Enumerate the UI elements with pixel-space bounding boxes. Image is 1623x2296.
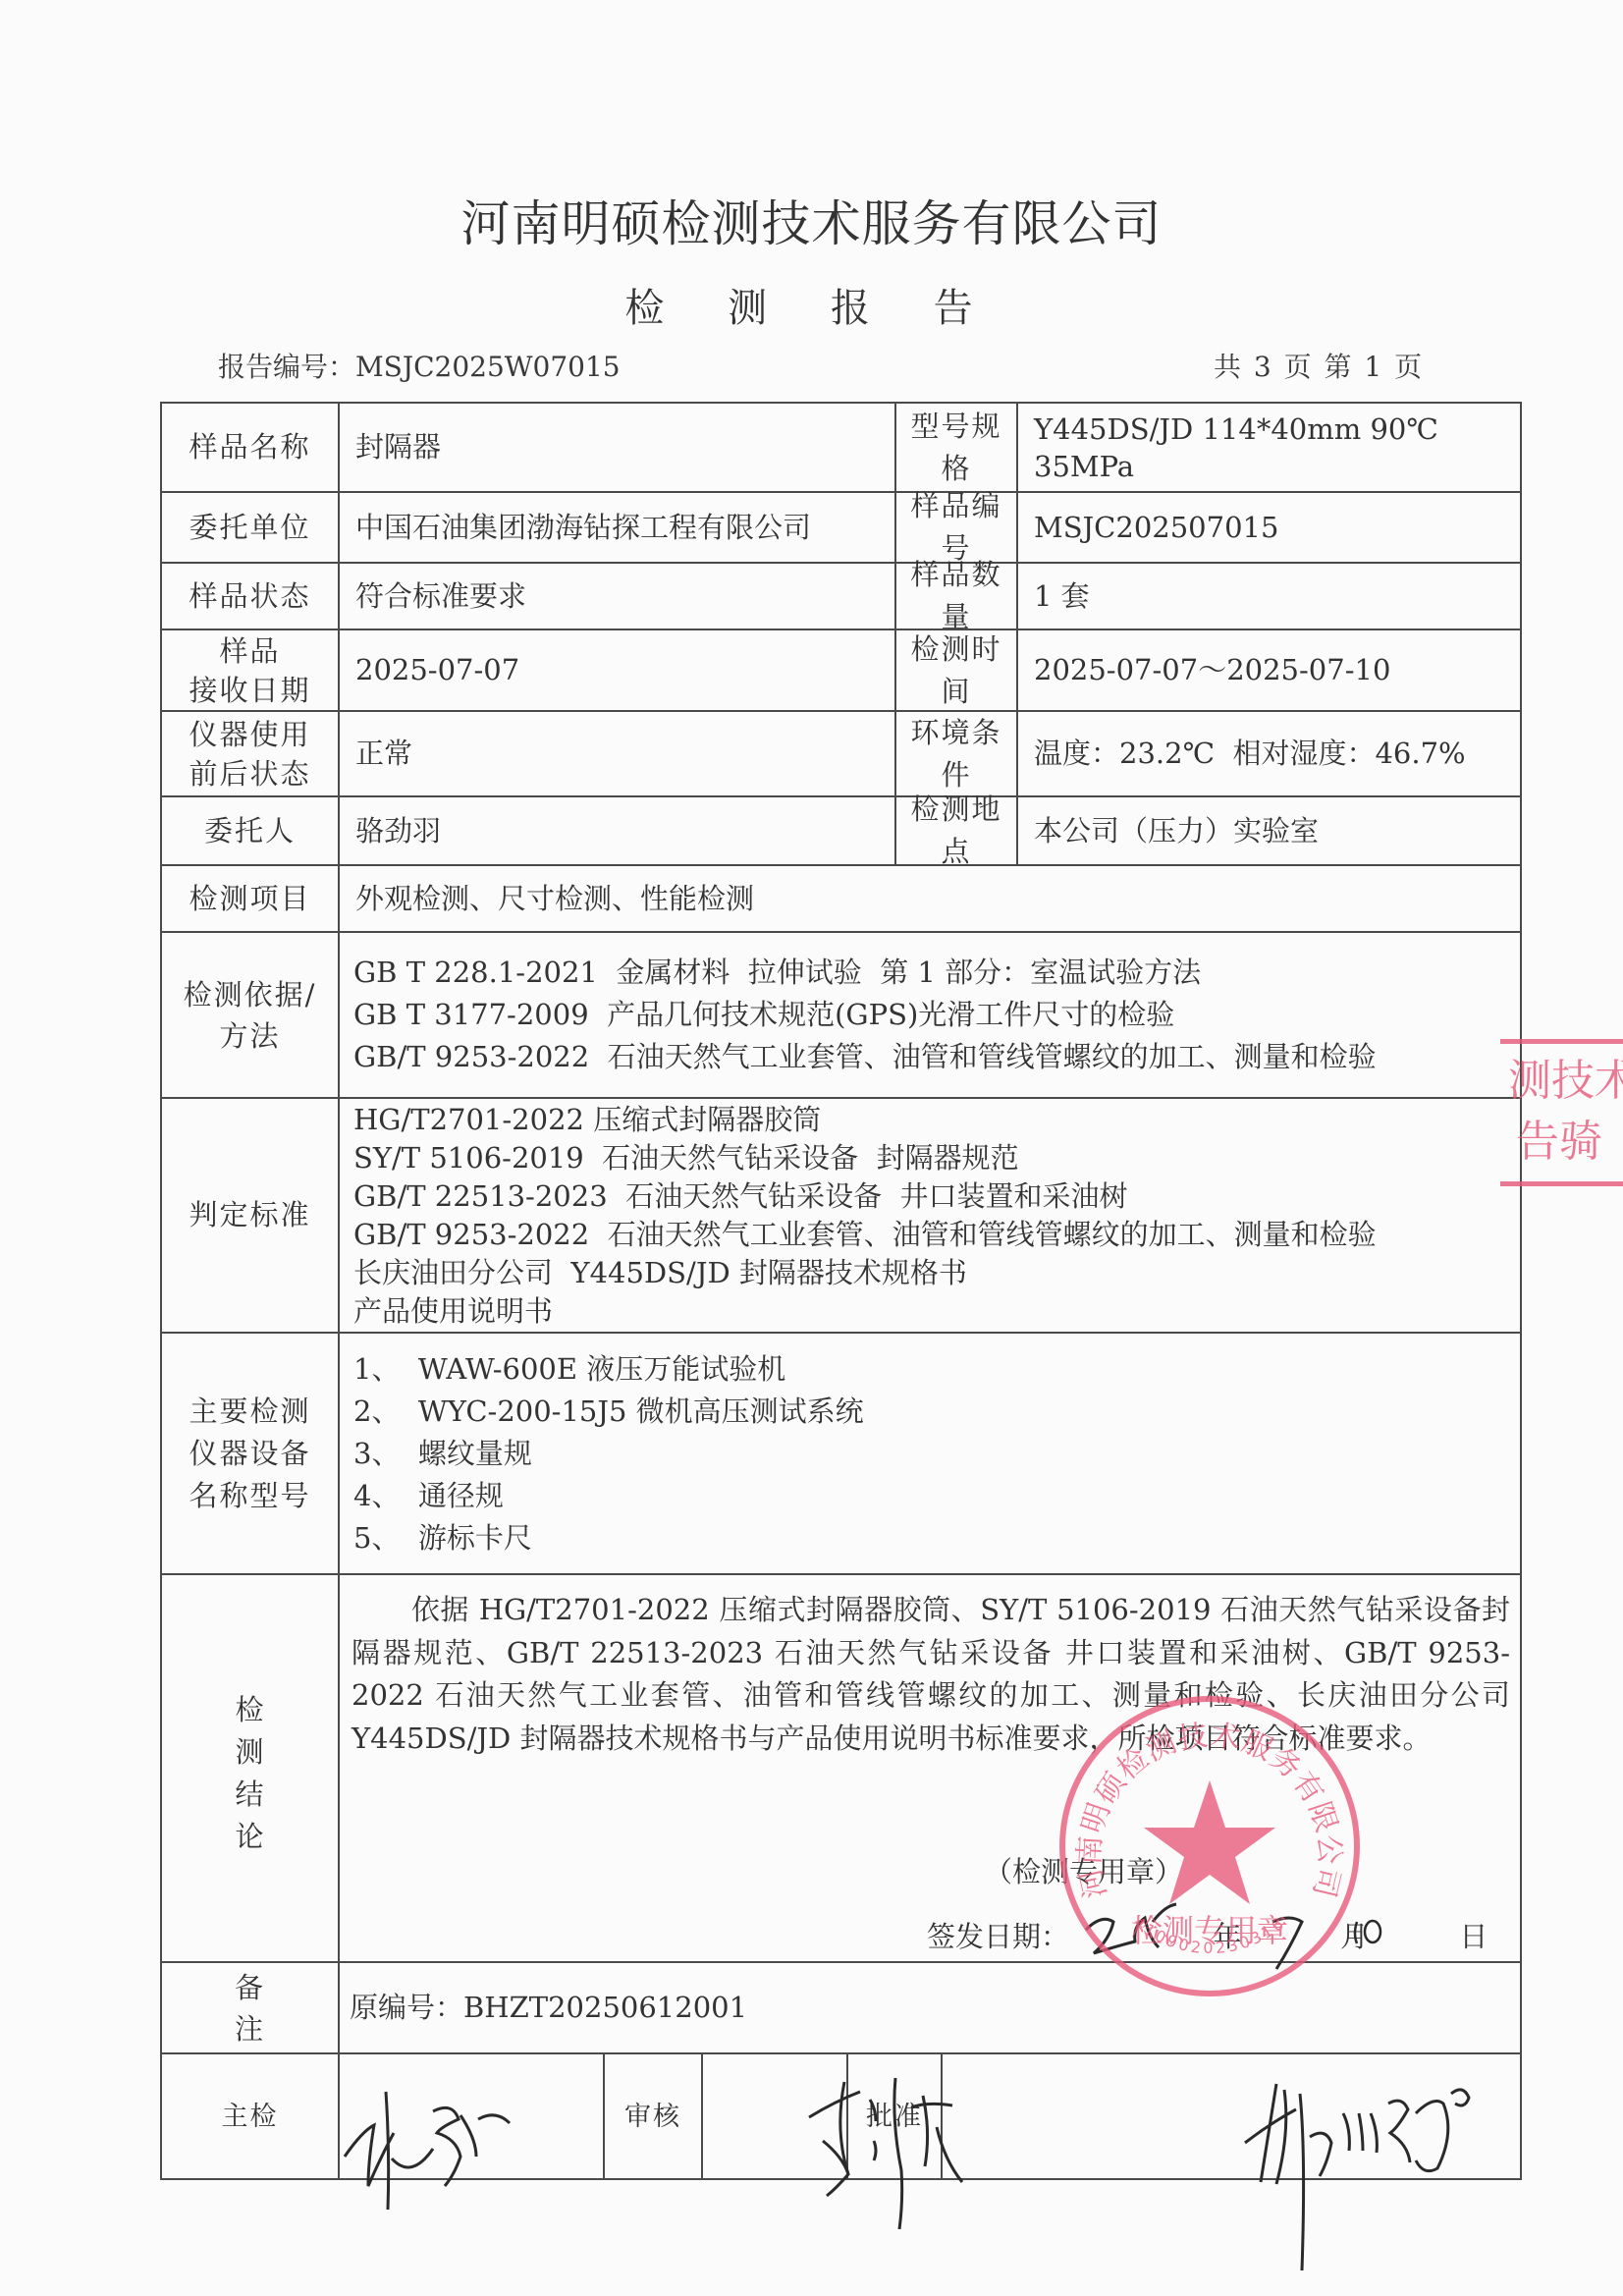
sample-number-label: 样品编号 xyxy=(896,493,1016,562)
sample-status-value: 符合标准要求 xyxy=(340,564,894,629)
remarks-value: 原编号：BHZT20250612001 xyxy=(340,1963,1520,2052)
test-basis-item: GB/T 9253-2022 石油天然气工业套管、油管和管线管螺纹的加工、测量和… xyxy=(353,1036,1377,1078)
test-location-value: 本公司（压力）实验室 xyxy=(1018,797,1520,864)
model-spec-line: Y445DS/JD 114*40mm 90℃ xyxy=(1034,410,1438,448)
sample-name-value: 封隔器 xyxy=(340,404,894,491)
table-border-right xyxy=(1520,402,1522,2180)
equipment-label-line: 仪器设备 xyxy=(189,1433,310,1475)
test-basis-item: GB T 3177-2009 产品几何技术规范(GPS)光滑工件尺寸的检验 xyxy=(353,994,1174,1036)
instrument-status-value: 正常 xyxy=(340,712,894,795)
issue-date-label: 签发日期： xyxy=(927,1920,1069,1953)
model-spec-label: 型号规格 xyxy=(896,404,1016,491)
report-number: 报告编号：MSJC2025W07015 xyxy=(218,346,621,385)
equipment-label-line: 主要检测 xyxy=(189,1391,310,1433)
issue-date: 签发日期： 年 月 日 xyxy=(927,1915,1488,1955)
sample-quantity-label: 样品数量 xyxy=(896,564,1016,629)
inspector-signature-cell xyxy=(340,2054,603,2178)
sample-name-label: 样品名称 xyxy=(162,404,338,491)
instrument-status-label-line: 仪器使用 xyxy=(189,715,310,754)
reviewer-signature-cell xyxy=(703,2054,846,2178)
seam-stamp-line: 告骑 xyxy=(1508,1112,1623,1173)
equipment-label: 主要检测 仪器设备 名称型号 xyxy=(162,1334,338,1573)
judgment-standards-label: 判定标准 xyxy=(162,1099,338,1332)
seal-label: （检测专用章） xyxy=(984,1850,1183,1890)
model-spec-line: 35MPa xyxy=(1034,448,1134,485)
client-unit-label: 委托单位 xyxy=(162,493,338,562)
test-items-value: 外观检测、尺寸检测、性能检测 xyxy=(340,866,1520,931)
client-unit-value: 中国石油集团渤海钻探工程有限公司 xyxy=(340,493,894,562)
conclusion-label-char: 结 xyxy=(226,1774,273,1816)
equipment-item: 5、 游标卡尺 xyxy=(353,1517,532,1559)
year-label: 年 xyxy=(1213,1920,1241,1953)
conclusion-text: 依据 HG/T2701-2022 压缩式封隔器胶筒、SY/T 5106-2019… xyxy=(352,1589,1510,1760)
document-title: 检 测 报 告 xyxy=(0,277,1623,333)
inspector-label: 主检 xyxy=(162,2054,338,2178)
client-person-value: 骆劲羽 xyxy=(340,797,894,864)
environment-label: 环境条件 xyxy=(896,712,1016,795)
equipment-item: 3、 螺纹量规 xyxy=(353,1433,532,1475)
judgment-standard-item: HG/T2701-2022 压缩式封隔器胶筒 xyxy=(353,1101,821,1139)
conclusion-label-char: 测 xyxy=(226,1731,273,1774)
test-period-value: 2025-07-07～2025-07-10 xyxy=(1018,630,1520,710)
sample-number-value: MSJC202507015 xyxy=(1018,493,1520,562)
test-basis-label: 检测依据/ 方法 xyxy=(162,933,338,1097)
judgment-standard-item: GB/T 9253-2022 石油天然气工业套管、油管和管线管螺纹的加工、测量和… xyxy=(353,1216,1377,1254)
conclusion-label-char: 论 xyxy=(226,1816,273,1858)
test-basis-list: GB T 228.1-2021 金属材料 拉伸试验 第 1 部分：室温试验方法 … xyxy=(340,933,1520,1097)
remarks-label: 备 注 xyxy=(162,1963,338,2052)
judgment-standard-item: 长庆油田分公司 Y445DS/JD 封隔器技术规格书 xyxy=(353,1254,967,1292)
client-person-label: 委托人 xyxy=(162,797,338,864)
test-basis-label-line: 检测依据/ xyxy=(184,974,317,1015)
table-border-bottom xyxy=(160,2178,1522,2180)
judgment-standard-item: GB/T 22513-2023 石油天然气钻采设备 井口装置和采油树 xyxy=(353,1177,1128,1216)
report-number-value: MSJC2025W07015 xyxy=(355,351,621,383)
test-period-label: 检测时间 xyxy=(896,630,1016,710)
report-number-label: 报告编号： xyxy=(218,351,355,383)
equipment-item: 4、 通径规 xyxy=(353,1475,504,1517)
conclusion-label-char: 检 xyxy=(226,1689,273,1731)
equipment-list: 1、 WAW-600E 液压万能试验机 2、 WYC-200-15J5 微机高压… xyxy=(340,1334,1520,1573)
environment-value: 温度：23.2℃ 相对湿度：46.7% xyxy=(1018,712,1520,795)
test-items-label: 检测项目 xyxy=(162,866,338,931)
receipt-date-label-line: 样品 xyxy=(219,631,280,671)
approver-signature-cell xyxy=(943,2054,1520,2178)
equipment-item: 1、 WAW-600E 液压万能试验机 xyxy=(353,1348,785,1391)
seam-stamp-line: 测技术 xyxy=(1508,1051,1623,1112)
company-title: 河南明硕检测技术服务有限公司 xyxy=(0,185,1623,255)
judgment-standard-item: 产品使用说明书 xyxy=(353,1292,553,1331)
receipt-date-label-line: 接收日期 xyxy=(189,671,310,710)
test-basis-label-line: 方法 xyxy=(219,1015,280,1057)
month-label: 月 xyxy=(1340,1920,1369,1953)
model-spec-value: Y445DS/JD 114*40mm 90℃ 35MPa xyxy=(1018,404,1520,491)
receipt-date-value: 2025-07-07 xyxy=(340,630,894,710)
test-basis-item: GB T 228.1-2021 金属材料 拉伸试验 第 1 部分：室温试验方法 xyxy=(353,952,1201,994)
sample-quantity-value: 1 套 xyxy=(1018,564,1520,629)
reviewer-label: 审核 xyxy=(605,2054,701,2178)
test-location-label: 检测地点 xyxy=(896,797,1016,864)
day-label: 日 xyxy=(1459,1920,1488,1953)
remarks-label-char: 备 xyxy=(235,1967,265,2008)
row-divider xyxy=(160,1573,1522,1575)
sample-status-label: 样品状态 xyxy=(162,564,338,629)
receipt-date-label: 样品 接收日期 xyxy=(162,630,338,710)
equipment-label-line: 名称型号 xyxy=(189,1475,310,1517)
pagination: 共 3 页 第 1 页 xyxy=(1214,346,1422,385)
remarks-label-char: 注 xyxy=(235,2008,265,2050)
instrument-status-label-line: 前后状态 xyxy=(189,754,310,793)
judgment-standard-item: SY/T 5106-2019 石油天然气钻采设备 封隔器规范 xyxy=(353,1139,1019,1177)
instrument-status-label: 仪器使用 前后状态 xyxy=(162,712,338,795)
judgment-standards-list: HG/T2701-2022 压缩式封隔器胶筒 SY/T 5106-2019 石油… xyxy=(340,1099,1520,1332)
conclusion-label: 检 测 结 论 xyxy=(226,1689,273,1858)
approver-label: 批准 xyxy=(848,2054,941,2178)
equipment-item: 2、 WYC-200-15J5 微机高压测试系统 xyxy=(353,1391,864,1433)
